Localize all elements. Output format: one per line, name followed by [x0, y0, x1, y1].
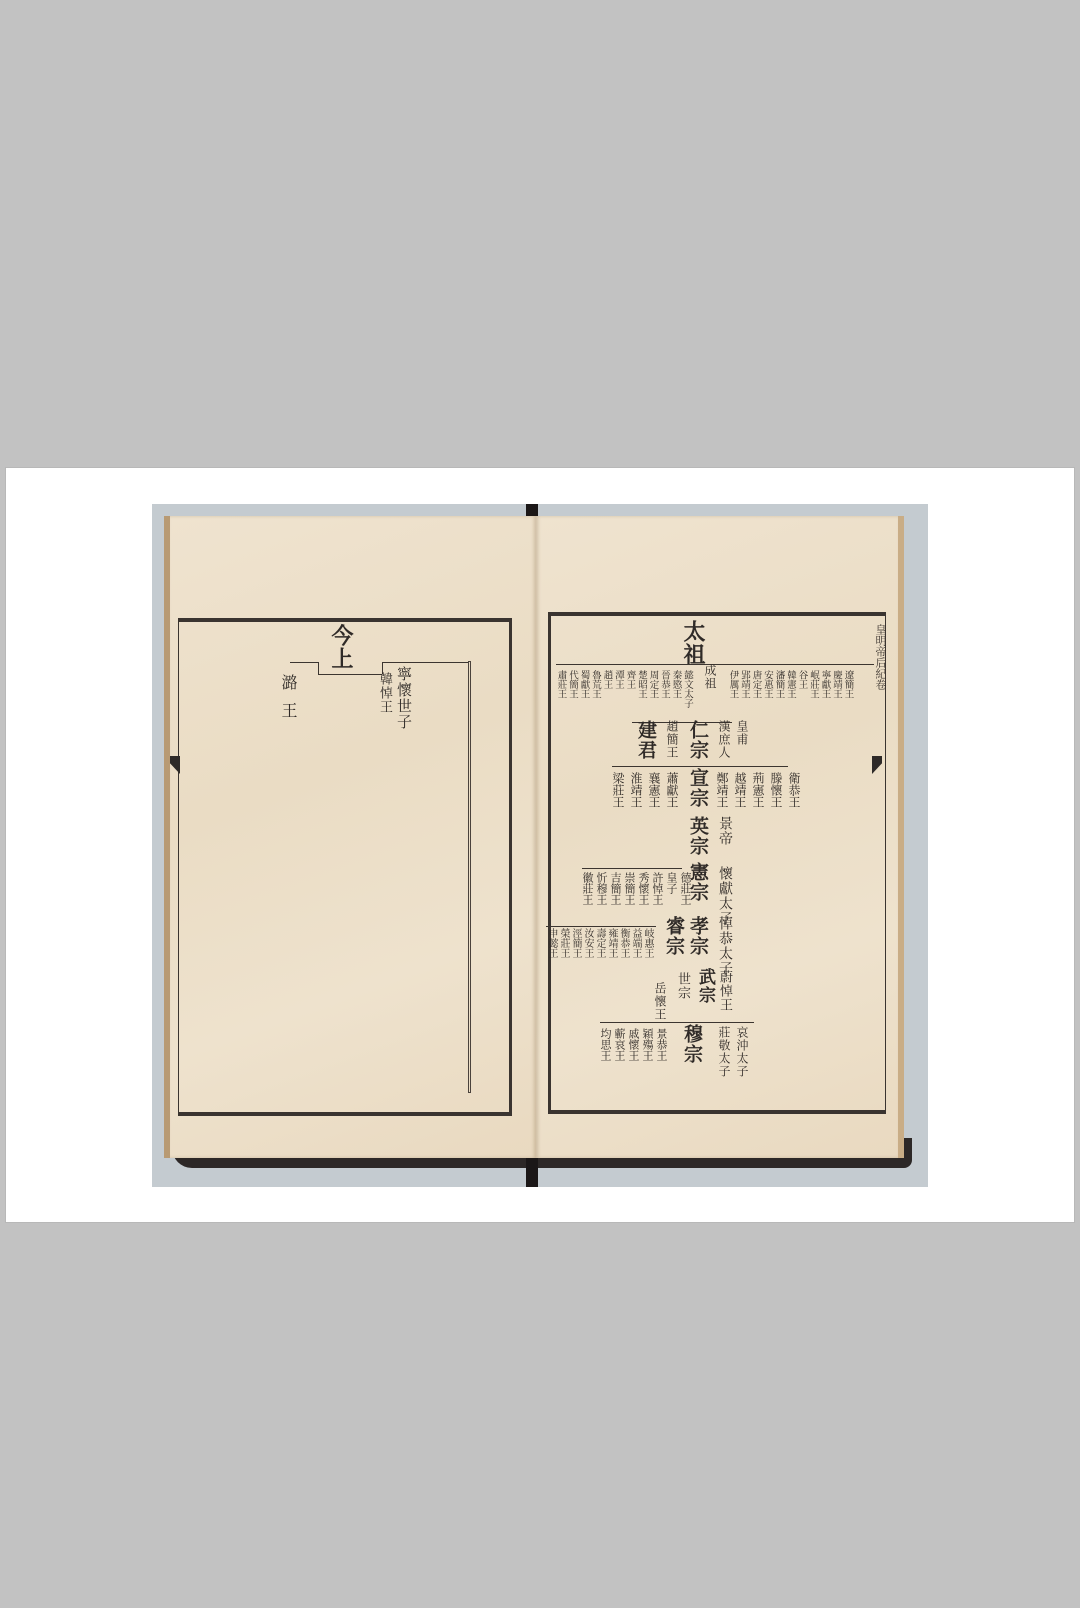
- fish-tail-mark: [170, 756, 180, 774]
- root-name: 太祖: [682, 620, 704, 666]
- book-photograph: 今上 寧懷世子 韓悼王 潞王 皇明帝后紀卷 太祖 成祖 懿文太子 秦愍王 晉恭王…: [152, 504, 928, 1187]
- connector: [600, 1022, 754, 1023]
- name: 趙簡王: [666, 720, 678, 759]
- name: 蔚悼王: [718, 970, 731, 1012]
- renzong-sons-right: 衛恭王 滕懷王 荊憲王 越靖王 鄭靖王: [716, 772, 800, 808]
- emperor-name: 英宗: [688, 816, 707, 856]
- muzong-sons: 景恭王 穎殤王 戚懷王 蘄哀王 均思王: [600, 1028, 667, 1061]
- first-gen-right: 遼簡王 慶靖王 寧獻王 岷莊王 谷王 韓憲王 瀋簡王 安惠王 唐定王 郢靖王 伊…: [728, 670, 853, 699]
- name: 莊敬太子: [718, 1026, 730, 1078]
- connector: [318, 674, 382, 675]
- margin-title: 皇明帝后紀卷: [872, 624, 888, 690]
- name: 皇甫: [736, 720, 748, 746]
- left-page: 今上 寧懷世子 韓悼王 潞王: [164, 516, 536, 1158]
- connector: [318, 662, 319, 674]
- frame-line: [468, 661, 471, 1093]
- connector: [382, 662, 468, 663]
- connector: [290, 662, 318, 663]
- branch-name: 潞王: [280, 674, 296, 730]
- connector: [546, 926, 656, 927]
- name: 悼恭太子: [718, 916, 732, 976]
- connector: [582, 868, 682, 869]
- xianzong-sons: 德莊王 皇子 許悼王 秀懷王 崇簡王 吉簡王 忻穆王 徽莊王: [582, 872, 691, 905]
- name: 漢庶人: [718, 720, 730, 759]
- renzong-sons-left: 蕭獻王 襄憲王 淮靖王 梁莊王: [612, 772, 678, 808]
- branch-name: 寧懷世子: [396, 666, 411, 730]
- branch-name: 韓悼王: [378, 672, 391, 714]
- emperor-name: 仁宗: [688, 720, 707, 760]
- right-page: 皇明帝后紀卷 太祖 成祖 懿文太子 秦愍王 晉恭王 周定王 楚昭王 齊王 潭王 …: [536, 516, 904, 1158]
- name: 岳懷王: [654, 982, 666, 1021]
- xiaozong-sons: 岐惠王 益端王 衡恭王 雍靖王 壽定王 汝安王 涇簡王 榮莊王 申懿王: [546, 928, 652, 958]
- chengzu: 成祖: [704, 664, 716, 690]
- emperor-name: 孝宗: [688, 916, 707, 956]
- name: 景帝: [718, 816, 732, 846]
- emperor-name: 宣宗: [688, 768, 707, 808]
- first-gen-left: 懿文太子 秦愍王 晉恭王 周定王 楚昭王 齊王 潭王 趙王 魯荒王 蜀獻王 代簡…: [556, 670, 692, 708]
- connector: [612, 766, 788, 767]
- emperor-name: 睿宗: [664, 916, 683, 956]
- emperor-name: 世宗: [676, 972, 689, 1000]
- emperor-name: 穆宗: [682, 1024, 701, 1064]
- name: 建君: [636, 720, 655, 760]
- name: 哀沖太子: [736, 1026, 748, 1078]
- emperor-name: 武宗: [696, 968, 713, 1004]
- root-name: 今上: [330, 624, 352, 670]
- page-frame: [178, 618, 512, 1116]
